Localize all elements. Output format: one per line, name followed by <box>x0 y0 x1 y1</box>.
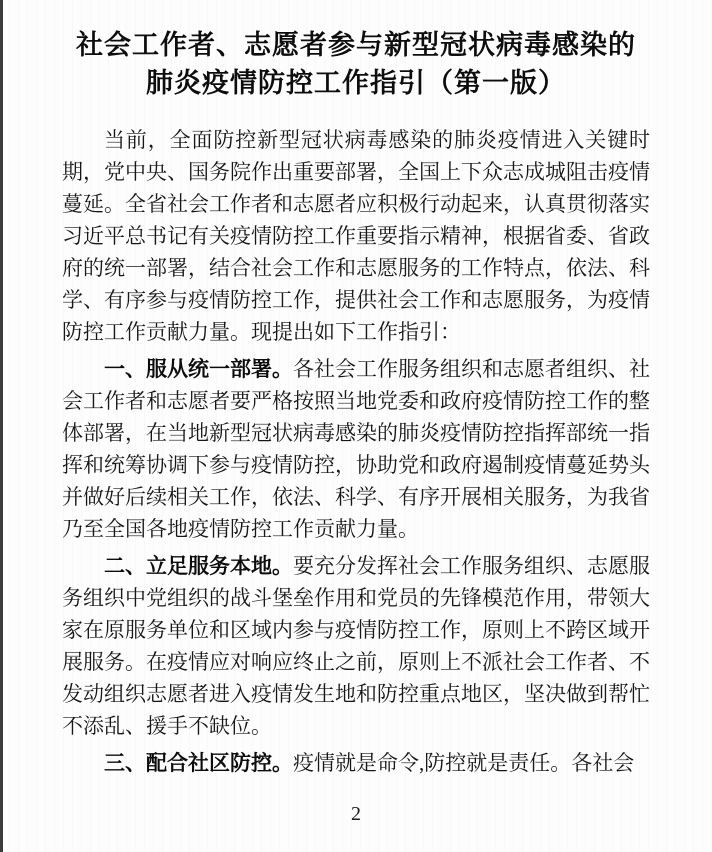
document-title: 社会工作者、志愿者参与新型冠状病毒感染的 肺炎疫情防控工作指引（第一版） <box>44 26 668 102</box>
paragraph-section-2: 二、立足服务本地。要充分发挥社会工作服务组织、志愿服务组织中党组织的战斗堡垒作用… <box>62 550 650 742</box>
section-3-heading: 三、配合社区防控。 <box>104 751 293 775</box>
scanned-document-page: 社会工作者、志愿者参与新型冠状病毒感染的 肺炎疫情防控工作指引（第一版） 当前，… <box>0 0 712 852</box>
scan-edge-line <box>0 0 3 852</box>
page-number: 2 <box>0 801 712 827</box>
paragraph-intro-text: 当前，全面防控新型冠状病毒感染的肺炎疫情进入关键时期，党中央、国务院作出重要部署… <box>62 128 650 344</box>
paragraph-intro: 当前，全面防控新型冠状病毒感染的肺炎疫情进入关键时期，党中央、国务院作出重要部署… <box>62 124 650 348</box>
section-1-text: 各社会工作服务组织和志愿者组织、社会工作者和志愿者要严格按照当地党委和政府疫情防… <box>62 357 650 541</box>
paragraph-section-3: 三、配合社区防控。疫情就是命令,防控就是责任。各社会 <box>62 747 650 779</box>
document-body: 当前，全面防控新型冠状病毒感染的肺炎疫情进入关键时期，党中央、国务院作出重要部署… <box>62 124 650 779</box>
document-title-line-2: 肺炎疫情防控工作指引（第一版） <box>44 64 668 102</box>
section-2-heading: 二、立足服务本地。 <box>104 554 293 578</box>
document-title-line-1: 社会工作者、志愿者参与新型冠状病毒感染的 <box>44 26 668 64</box>
section-1-heading: 一、服从统一部署。 <box>104 357 293 381</box>
section-3-text: 疫情就是命令,防控就是责任。各社会 <box>293 751 634 775</box>
section-2-text: 要充分发挥社会工作服务组织、志愿服务组织中党组织的战斗堡垒作用和党员的先锋模范作… <box>62 554 650 738</box>
paragraph-section-1: 一、服从统一部署。各社会工作服务组织和志愿者组织、社会工作者和志愿者要严格按照当… <box>62 353 650 545</box>
